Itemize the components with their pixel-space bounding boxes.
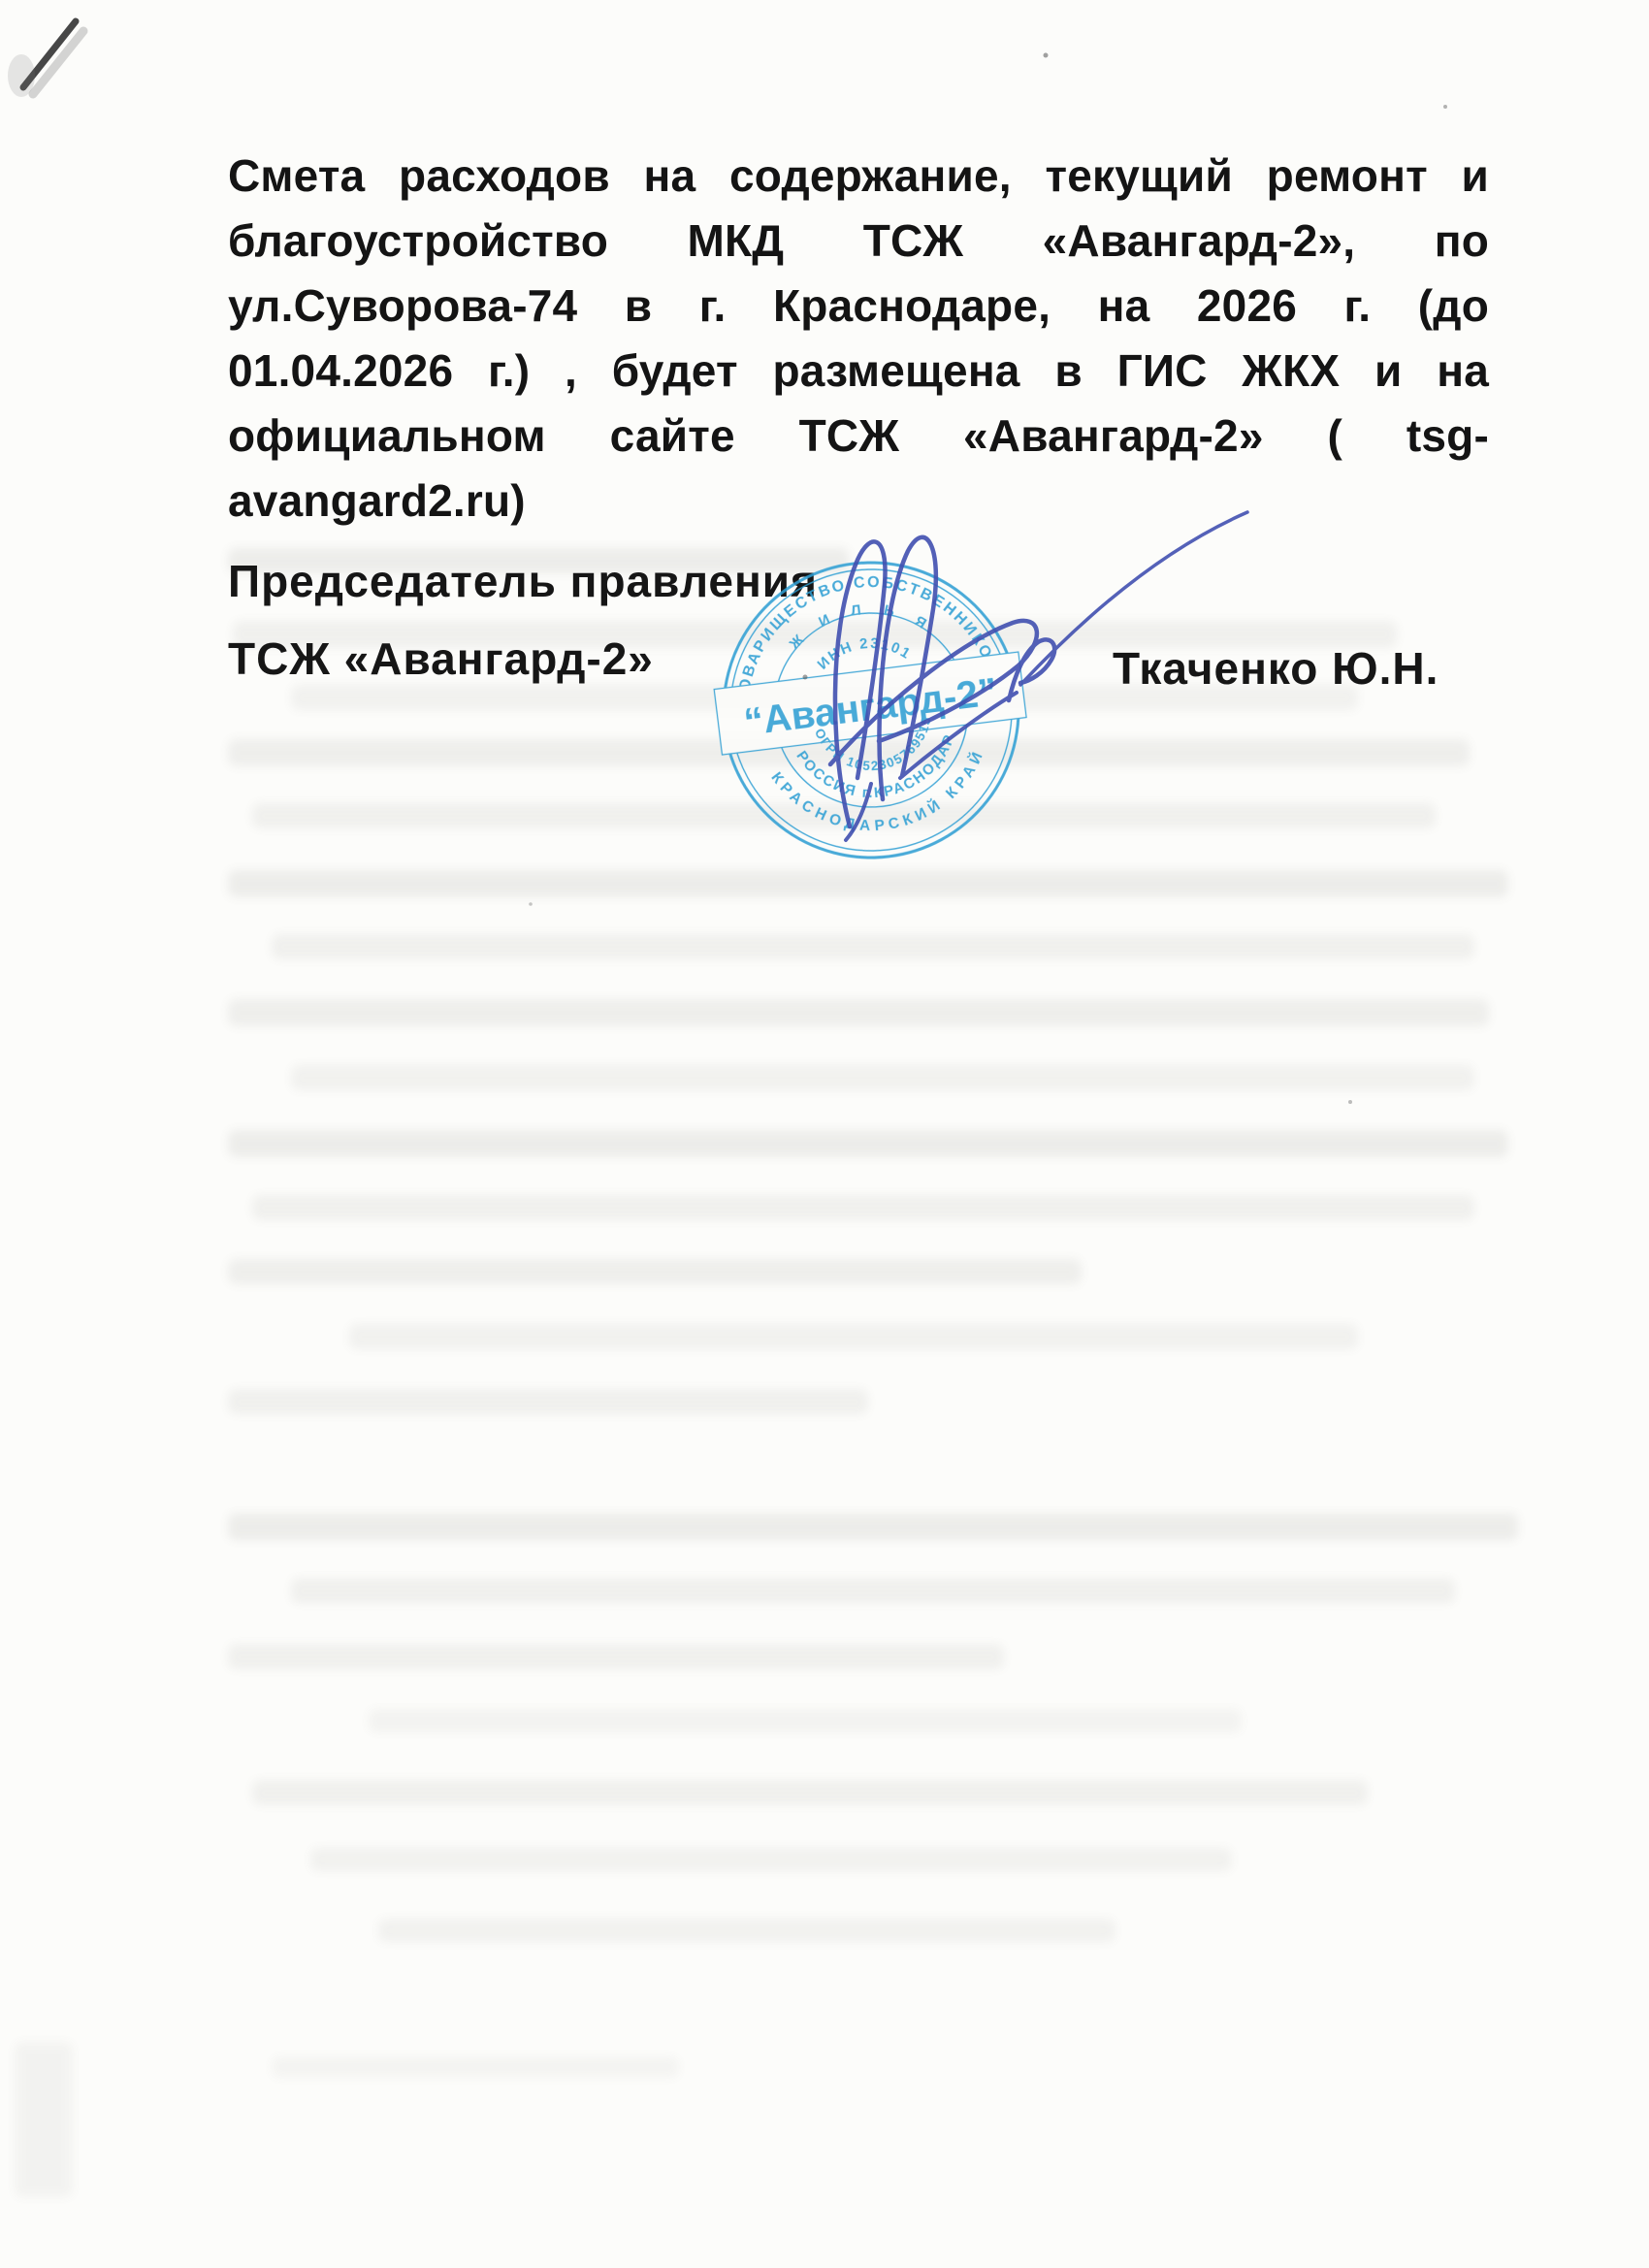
document-body-paragraph: Смета расходов на содержание, текущий ре… [228, 144, 1489, 534]
document-text-layer: Смета расходов на содержание, текущий ре… [0, 0, 1649, 2268]
paragraph-line: благоустройство МКД ТСЖ «Авангард-2», по [228, 209, 1489, 274]
paragraph-line: 01.04.2026 г.) , будет размещена в ГИС Ж… [228, 339, 1489, 404]
paragraph-line: ул.Суворова-74 в г. Краснодаре, на 2026 … [228, 274, 1489, 339]
paragraph-line: официальном сайте ТСЖ «Авангард-2» ( tsg… [228, 404, 1489, 469]
chairman-org-line: ТСЖ «Авангард-2» [228, 632, 654, 685]
stamp-graphic: ТОВАРИЩЕСТВО СОБСТВЕННИКОВ Ж И Л Ь Я ИНН… [698, 537, 1045, 884]
paragraph-line: Смета расходов на содержание, текущий ре… [228, 144, 1489, 209]
org-round-stamp: ТОВАРИЩЕСТВО СОБСТВЕННИКОВ Ж И Л Ь Я ИНН… [698, 537, 1045, 884]
scanned-document-page: Смета расходов на содержание, текущий ре… [0, 0, 1649, 2268]
chairman-name: Ткаченко Ю.Н. [1113, 642, 1439, 695]
paragraph-line: avangard2.ru) [228, 469, 1489, 534]
